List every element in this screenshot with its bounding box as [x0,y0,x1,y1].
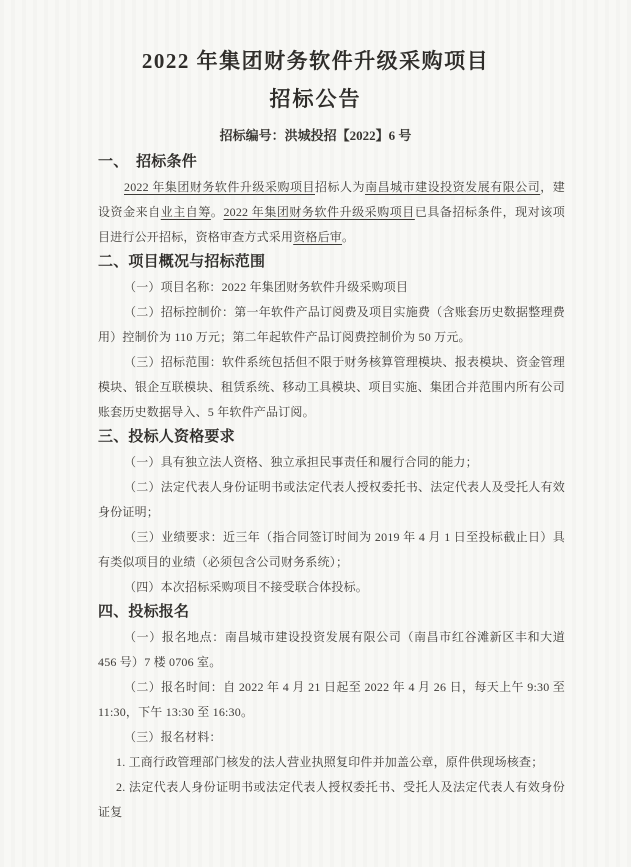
underlined-text: 业主自筹 [161,205,211,219]
section-heading: 四、投标报名 [98,600,565,625]
section-heading: 二、项目概况与招标范围 [98,250,565,275]
doc-header: 2022 年集团财务软件升级采购项目 招标公告 招标编号：洪城投招【2022】6… [0,0,631,144]
document-page: 2022 年集团财务软件升级采购项目 招标公告 招标编号：洪城投招【2022】6… [0,0,631,867]
underlined-text: 资格后审 [293,230,342,244]
paragraph: （一）具有独立法人资格、独立承担民事责任和履行合同的能力； [98,450,565,475]
underlined-text: 南昌城市建设投资发展有限公司 [365,180,540,194]
text-run: 招标人为 [315,180,365,194]
paragraph: （三）报名材料： [98,725,565,750]
text-run: 。 [342,230,354,244]
paragraph: （三）业绩要求：近三年（指合同签订时间为 2019 年 4 月 1 日至投标截止… [98,525,565,575]
paragraph: （二）报名时间：自 2022 年 4 月 21 日起至 2022 年 4 月 2… [98,675,565,725]
paragraph: （二）招标控制价：第一年软件产品订阅费及项目实施费（含账套历史数据整理费用）控制… [98,300,565,350]
paragraph: （一）项目名称：2022 年集团财务软件升级采购项目 [98,275,565,300]
paragraph: （一）报名地点：南昌城市建设投资发展有限公司（南昌市红谷滩新区丰和大道 456 … [98,625,565,675]
underlined-text: 2022 年集团财务软件升级采购项目 [124,180,315,194]
doc-title-line1: 2022 年集团财务软件升级采购项目 [0,46,631,76]
paragraph: （二）法定代表人身份证明书或法定代表人授权委托书、法定代表人及受托人有效身份证明… [98,475,565,525]
doc-title-line2: 招标公告 [0,84,631,114]
section-heading: 一、 招标条件 [98,150,565,175]
paragraph: 2. 法定代表人身份证明书或法定代表人授权委托书、受托人及法定代表人有效身份证复 [98,775,565,825]
doc-body: 一、 招标条件2022 年集团财务软件升级采购项目招标人为南昌城市建设投资发展有… [98,150,565,825]
paragraph: 2022 年集团财务软件升级采购项目招标人为南昌城市建设投资发展有限公司，建设资… [98,175,565,250]
text-run: 。 [211,205,224,219]
underlined-text: 2022 年集团财务软件升级采购项目 [223,205,414,219]
paragraph: （三）招标范围：软件系统包括但不限于财务核算管理模块、报表模块、资金管理模块、银… [98,350,565,425]
doc-number: 招标编号：洪城投招【2022】6 号 [0,125,631,144]
section-heading: 三、投标人资格要求 [98,425,565,450]
paragraph: 1. 工商行政管理部门核发的法人营业执照复印件并加盖公章，原件供现场核查； [98,750,565,775]
paragraph: （四）本次招标采购项目不接受联合体投标。 [98,575,565,600]
